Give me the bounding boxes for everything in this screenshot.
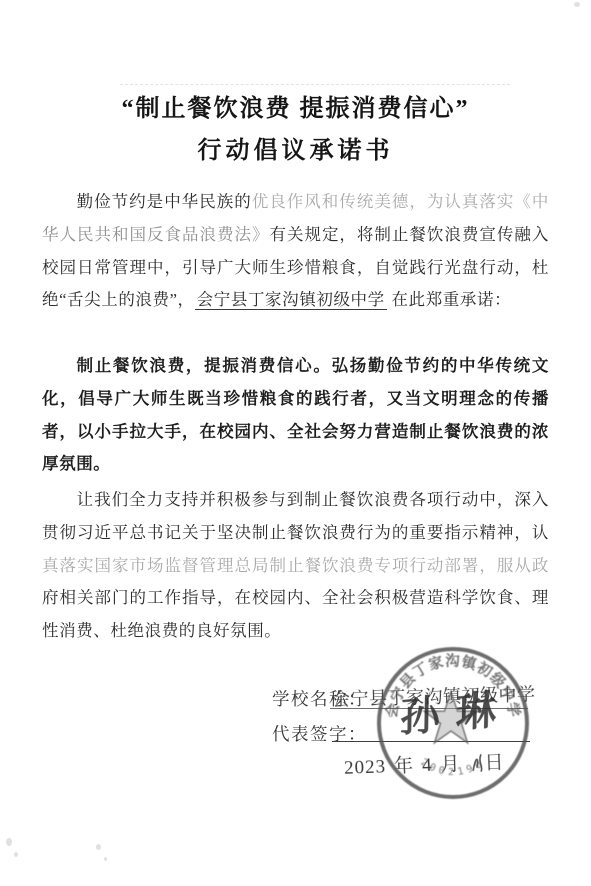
signature-sign-label: 代表签字： bbox=[272, 721, 367, 746]
document-page: “制止餐饮浪费 提振消费信心” 行动倡议承诺书 勤俭节约是中华民族的优良作风和传… bbox=[0, 0, 591, 886]
document-title-line2: 行动倡议承诺书 bbox=[0, 130, 591, 165]
scan-noise-speck bbox=[574, 2, 580, 7]
paragraph-commitment: 制止餐饮浪费，提振消费信心。弘扬勤俭节约的中华传统文化，倡导广大师生既当珍惜粮食… bbox=[42, 350, 549, 481]
support-text: 让我们全力支持并积极参与到制止餐饮浪费各项行动中，深入贯彻习近平总书记关于坚决制… bbox=[42, 490, 549, 542]
handwritten-signature: 孙琳 bbox=[400, 677, 513, 744]
scan-noise-line bbox=[120, 84, 510, 85]
scan-noise-speck bbox=[104, 857, 107, 861]
paragraph-support: 让我们全力支持并积极参与到制止餐饮浪费各项行动中，深入贯彻习近平总书记关于坚决制… bbox=[42, 484, 549, 648]
support-text-faded: 真落实国家市场监督管理总局制止餐饮浪费专项行动部署，服从政 bbox=[42, 556, 549, 575]
intro-text: 勤俭节约是中华民族的 bbox=[77, 192, 252, 211]
scan-noise-speck bbox=[96, 844, 101, 850]
document-title-line1: “制止餐饮浪费 提振消费信心” bbox=[0, 88, 591, 123]
underlined-school-name: 会宁县丁家沟镇初级中学 bbox=[195, 290, 387, 310]
intro-text: 在此郑重承诺： bbox=[387, 290, 511, 309]
intro-text-faded: 优良作风和传统美德，为认真落实《中 bbox=[252, 192, 549, 211]
svg-text:2002190: 2002190 bbox=[419, 757, 488, 778]
paragraph-intro: 勤俭节约是中华民族的优良作风和传统美德，为认真落实《中华人民共和国反食品浪费法》… bbox=[42, 186, 549, 317]
seal-code: 2002190 bbox=[419, 757, 488, 778]
scan-noise-speck bbox=[14, 852, 18, 857]
intro-text-medium: 华人民共和国反食品浪费法》 bbox=[42, 225, 269, 244]
scan-noise-speck bbox=[6, 838, 12, 846]
